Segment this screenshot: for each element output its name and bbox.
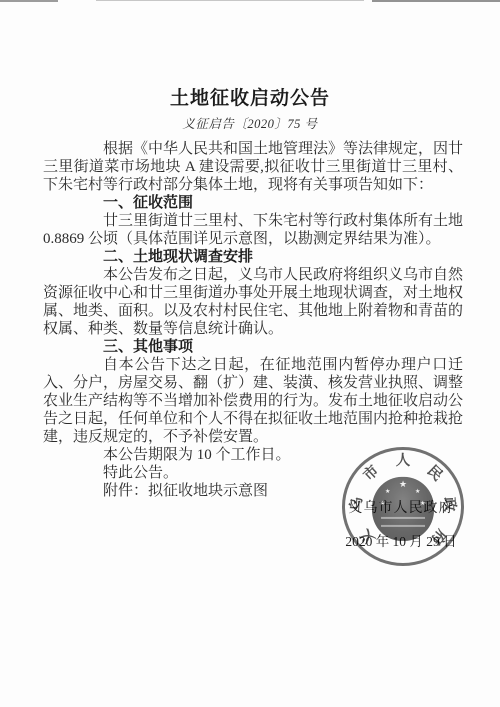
section-heading: 一、征收范围 [43,194,463,212]
paragraph: 本公告发布之日起，义乌市人民政府将组织义乌市自然资源征收中心和廿三里街道办事处开… [43,266,463,338]
emblem-band [381,516,425,518]
section-heading: 二、土地现状调查安排 [43,248,463,266]
scan-artifact-top-edge [0,0,58,2]
seal-arc-char: 政 [440,495,457,512]
announcement-document: 土地征收启动公告 义征启告〔2020〕75 号 根据《中华人民共和国土地管理法》… [0,0,500,707]
star-icon: ★ [380,500,385,506]
emblem-band [381,524,425,526]
paragraph: 自本公告下达之日起，在征地范围内暂停办理户口迁入、分户，房屋交易、翻（扩）建、装… [43,356,463,446]
star-icon: ★ [415,488,420,494]
official-seal: ★★★★★ 义乌市人民政府 [342,447,464,566]
star-icon: ★ [399,479,407,488]
star-icon: ★ [420,500,425,506]
document-title: 土地征收启动公告 [0,83,500,110]
document-number: 义征启告〔2020〕75 号 [0,114,500,132]
paragraph: 廿三里街道廿三里村、下朱宅村等行政村集体所有土地 0.8869 公顷（具体范围详… [43,212,463,248]
seal-arc-char: 乌 [349,495,366,512]
section-heading: 三、其他事项 [43,338,463,356]
seal-arc-char: 人 [395,453,411,469]
star-icon: ★ [385,488,390,494]
national-emblem-icon: ★★★★★ [372,476,434,540]
paragraph: 根据《中华人民共和国土地管理法》等法律规定，因廿三里街道菜市场地块 A 建设需要… [43,140,463,194]
scan-artifact-top-edge [96,0,364,1]
document-body: 根据《中华人民共和国土地管理法》等法律规定，因廿三里街道菜市场地块 A 建设需要… [43,140,463,500]
scan-artifact-top-edge [372,0,500,2]
